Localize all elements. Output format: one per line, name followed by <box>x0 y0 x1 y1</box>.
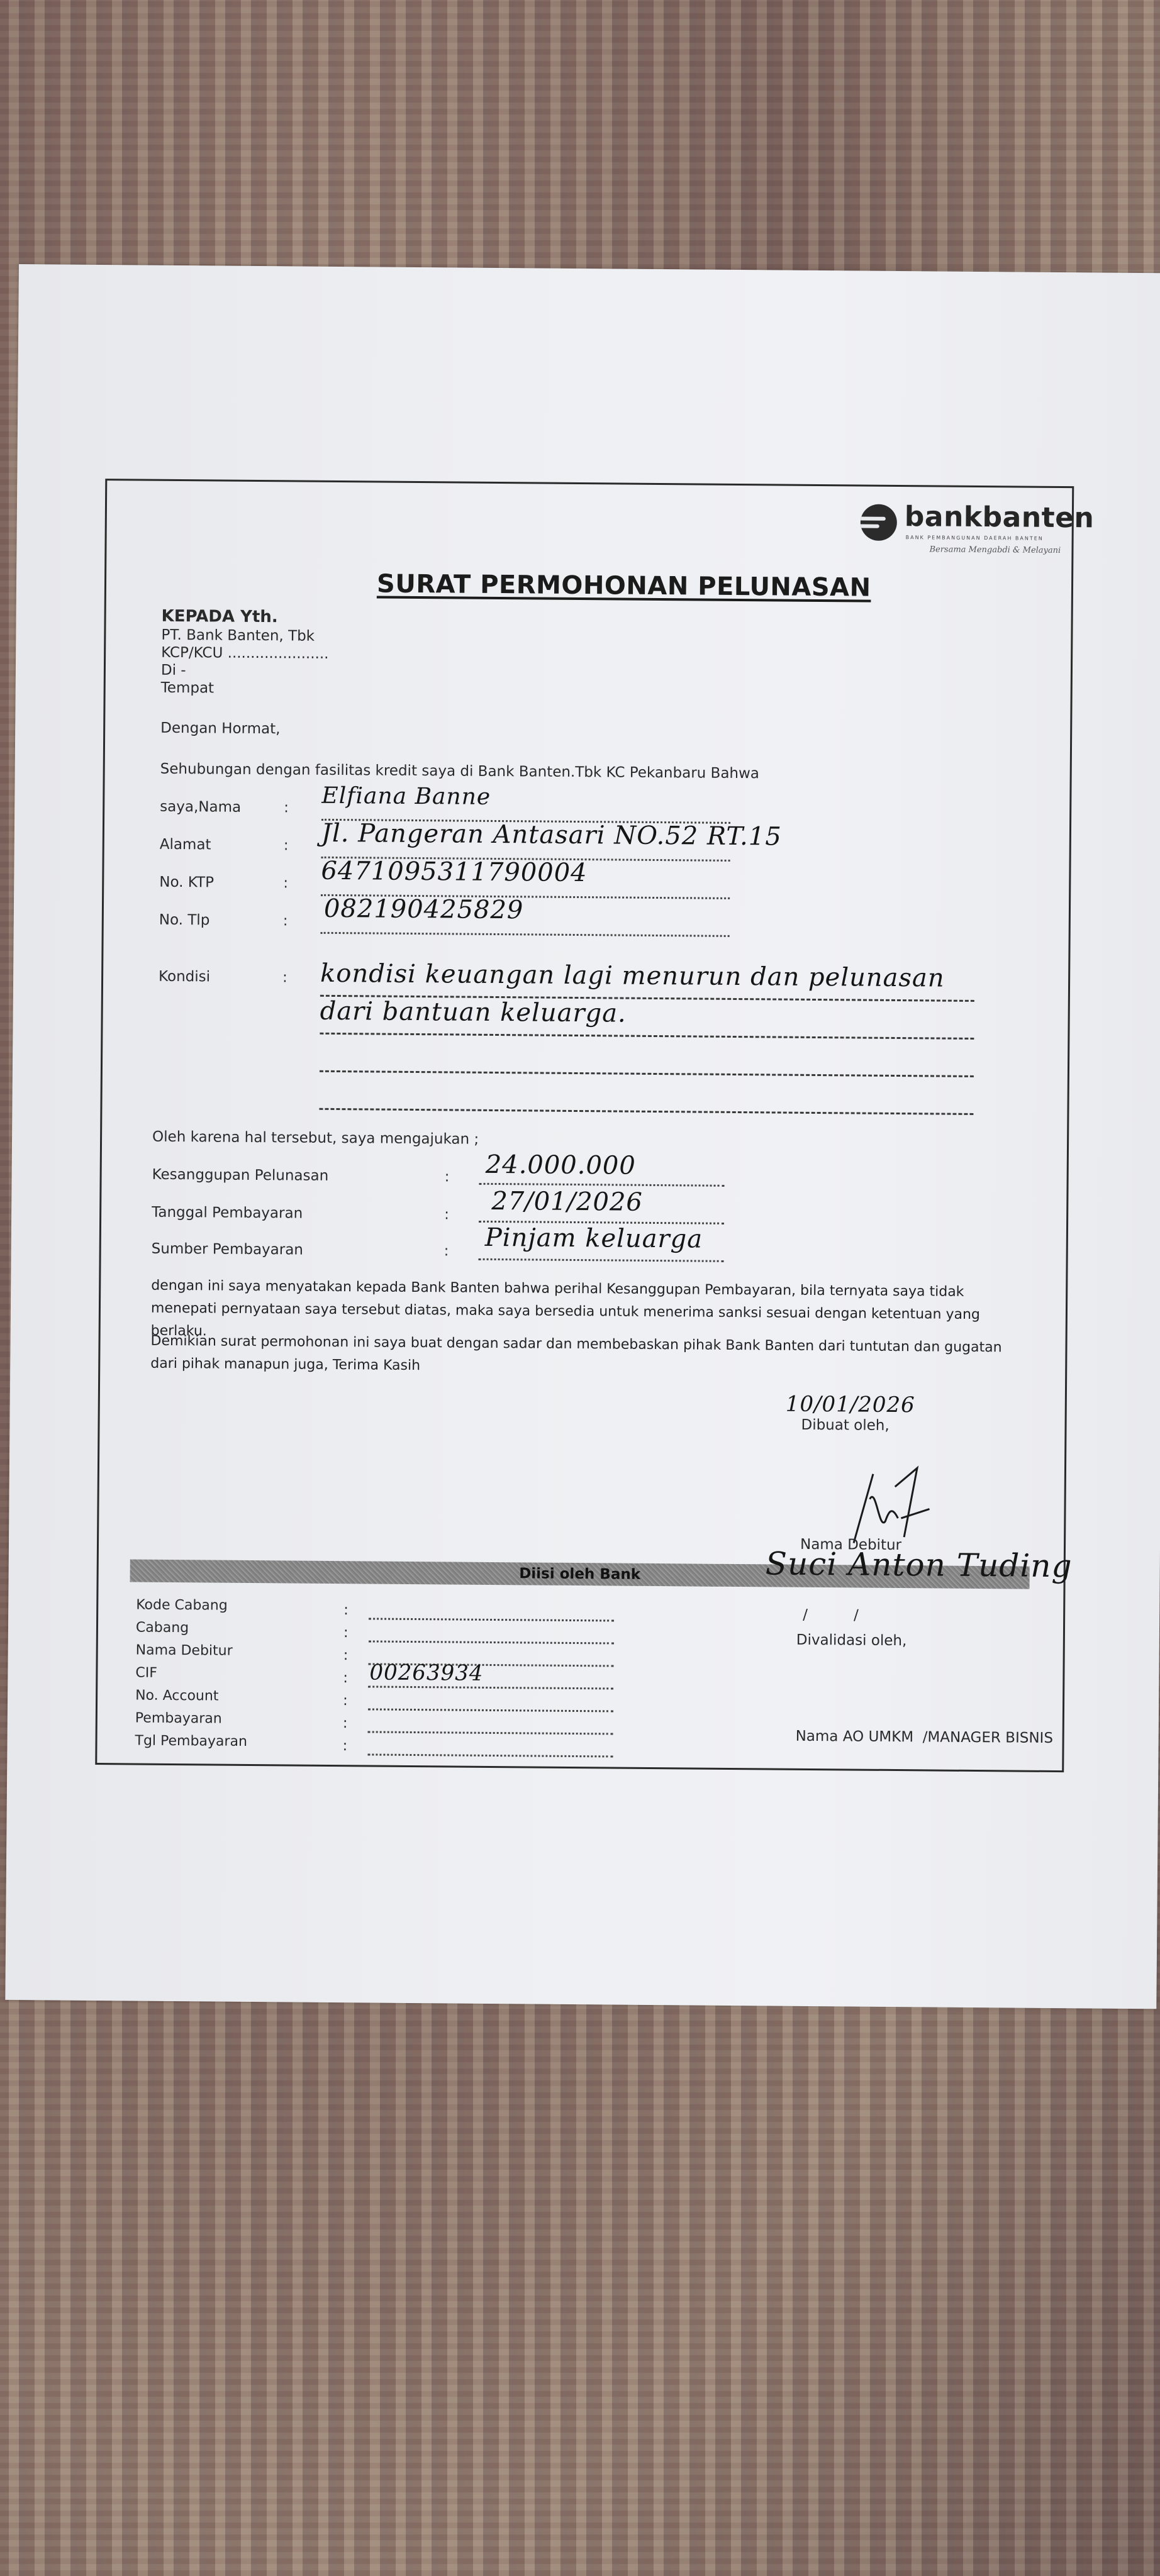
validator-label: Nama AO UMKM /MANAGER BISNIS <box>796 1728 1054 1746</box>
field-value-handwritten[interactable]: 00263934 <box>369 1660 483 1685</box>
bank-field-nama-debitur: Nama Debitur : <box>107 480 1072 488</box>
bank-field-cif: CIF : 00263934 <box>107 480 1072 488</box>
colon: : <box>284 837 289 853</box>
debtor-field-ktp: No. KTP : 6471095311790004 <box>107 480 1072 488</box>
colon: : <box>343 1602 349 1618</box>
bank-logo-motto: Bersama Mengabdi & Melayani <box>929 545 1061 555</box>
colon: : <box>445 1169 450 1185</box>
submission-intro: Oleh karena hal tersebut, saya mengajuka… <box>152 1129 479 1148</box>
bank-field-cabang: Cabang : <box>107 480 1072 488</box>
colon: : <box>342 1738 347 1754</box>
dotted-line <box>368 1731 613 1735</box>
dotted-line <box>368 1685 613 1689</box>
document-title: SURAT PERMOHONAN PELUNASAN <box>377 569 871 602</box>
field-value-handwritten[interactable]: 27/01/2026 <box>491 1187 643 1217</box>
field-label: Pembayaran <box>135 1711 222 1727</box>
field-value-handwritten[interactable]: Elfiana Banne <box>321 783 491 810</box>
validation-date: / / <box>803 1607 859 1624</box>
field-label: Tanggal Pembayaran <box>152 1204 303 1222</box>
bank-field-pembayaran: Pembayaran : <box>107 480 1072 488</box>
debtor-field-phone: No. Tlp : 082190425829 <box>107 480 1072 488</box>
kondisi-field: Kondisi : kondisi keuangan lagi menurun … <box>107 480 1072 488</box>
field-value-handwritten[interactable]: 6471095311790004 <box>321 857 588 887</box>
debtor-field-name: saya,Nama : Elfiana Banne <box>107 480 1072 488</box>
submission-field-amount: Kesanggupan Pelunasan : 24.000.000 <box>107 480 1072 488</box>
colon: : <box>343 1624 349 1641</box>
recipient-line-3: Di - <box>161 662 186 679</box>
dotted-line <box>479 1183 725 1187</box>
ruled-line <box>320 1033 974 1040</box>
colon: : <box>343 1647 349 1663</box>
kondisi-line-2[interactable]: dari bantuan keluarga. <box>320 997 627 1028</box>
field-value-handwritten[interactable]: 24.000.000 <box>486 1150 636 1180</box>
field-label: Alamat <box>160 836 211 853</box>
colon: : <box>343 1692 348 1709</box>
bank-field-tgl-pembayaran: Tgl Pembayaran : <box>107 480 1072 488</box>
colon: : <box>282 969 287 985</box>
field-value-handwritten[interactable]: Jl. Pangeran Antasari NO.52 RT.15 <box>321 819 782 852</box>
made-by-label: Dibuat oleh, <box>801 1417 889 1434</box>
colon: : <box>283 875 288 891</box>
field-label: Nama Debitur <box>136 1643 233 1659</box>
colon: : <box>444 1206 449 1223</box>
debtor-handwritten-name[interactable]: Suci Anton Tuding <box>766 1545 1073 1584</box>
dotted-line <box>368 1708 613 1712</box>
colon: : <box>284 799 289 816</box>
dotted-line <box>369 1618 614 1621</box>
recipient-line-1: PT. Bank Banten, Tbk <box>161 627 315 645</box>
dotted-line <box>321 932 730 937</box>
bank-field-no-account: No. Account : <box>107 480 1072 488</box>
ruled-line <box>319 1108 973 1115</box>
field-label: No. KTP <box>159 874 214 891</box>
bank-logo-tagline: BANK PEMBANGUNAN DAERAH BANTEN <box>906 535 1044 541</box>
debtor-field-address: Alamat : Jl. Pangeran Antasari NO.52 RT.… <box>107 480 1072 488</box>
field-label: Tgl Pembayaran <box>135 1733 247 1750</box>
field-value-handwritten[interactable]: 082190425829 <box>324 894 524 924</box>
paper-sheet: bankbanten BANK PEMBANGUNAN DAERAH BANTE… <box>5 264 1160 2009</box>
colon: : <box>444 1243 449 1259</box>
kondisi-line-1[interactable]: kondisi keuangan lagi menurun dan peluna… <box>320 959 945 993</box>
colon: : <box>343 1715 348 1731</box>
field-value-handwritten[interactable]: Pinjam keluarga <box>485 1223 703 1254</box>
field-label: CIF <box>135 1665 157 1681</box>
colon: : <box>343 1670 348 1686</box>
colon: : <box>283 913 288 929</box>
bank-logo-wordmark: bankbanten <box>905 501 1095 534</box>
dotted-line <box>367 1753 613 1757</box>
recipient-line-2: KCP/KCU ...................... <box>161 645 329 662</box>
signature-date[interactable]: 10/01/2026 <box>786 1392 915 1418</box>
field-label: No. Account <box>135 1688 219 1704</box>
bank-field-kode-cabang: Kode Cabang : <box>107 480 1072 488</box>
dotted-line <box>479 1258 724 1262</box>
form-frame: bankbanten BANK PEMBANGUNAN DAERAH BANTE… <box>95 479 1074 1772</box>
field-label: Cabang <box>136 1620 189 1636</box>
field-label: Kondisi <box>159 969 210 985</box>
intro-text: Sehubungan dengan fasilitas kredit saya … <box>160 761 759 782</box>
field-label: No. Tlp <box>159 912 210 929</box>
recipient-heading: KEPADA Yth. <box>161 607 277 626</box>
greeting: Dengan Hormat, <box>160 720 280 737</box>
field-label: Kesanggupan Pelunasan <box>152 1167 329 1184</box>
field-label: Kode Cabang <box>136 1597 228 1614</box>
statement-paragraph-2: Demikian surat permohonan ini saya buat … <box>150 1330 1032 1382</box>
recipient-line-4: Tempat <box>161 680 215 697</box>
validated-by-label: Divalidasi oleh, <box>796 1632 907 1649</box>
ruled-line <box>320 1070 974 1077</box>
submission-field-source: Sumber Pembayaran : Pinjam keluarga <box>107 480 1072 488</box>
dotted-line <box>369 1640 614 1644</box>
submission-field-date: Tanggal Pembayaran : 27/01/2026 <box>107 480 1072 488</box>
field-label: Sumber Pembayaran <box>152 1241 303 1258</box>
bank-logo-icon <box>861 504 897 541</box>
field-label: saya,Nama <box>160 799 241 816</box>
bank-logo: bankbanten BANK PEMBANGUNAN DAERAH BANTE… <box>860 498 1068 563</box>
